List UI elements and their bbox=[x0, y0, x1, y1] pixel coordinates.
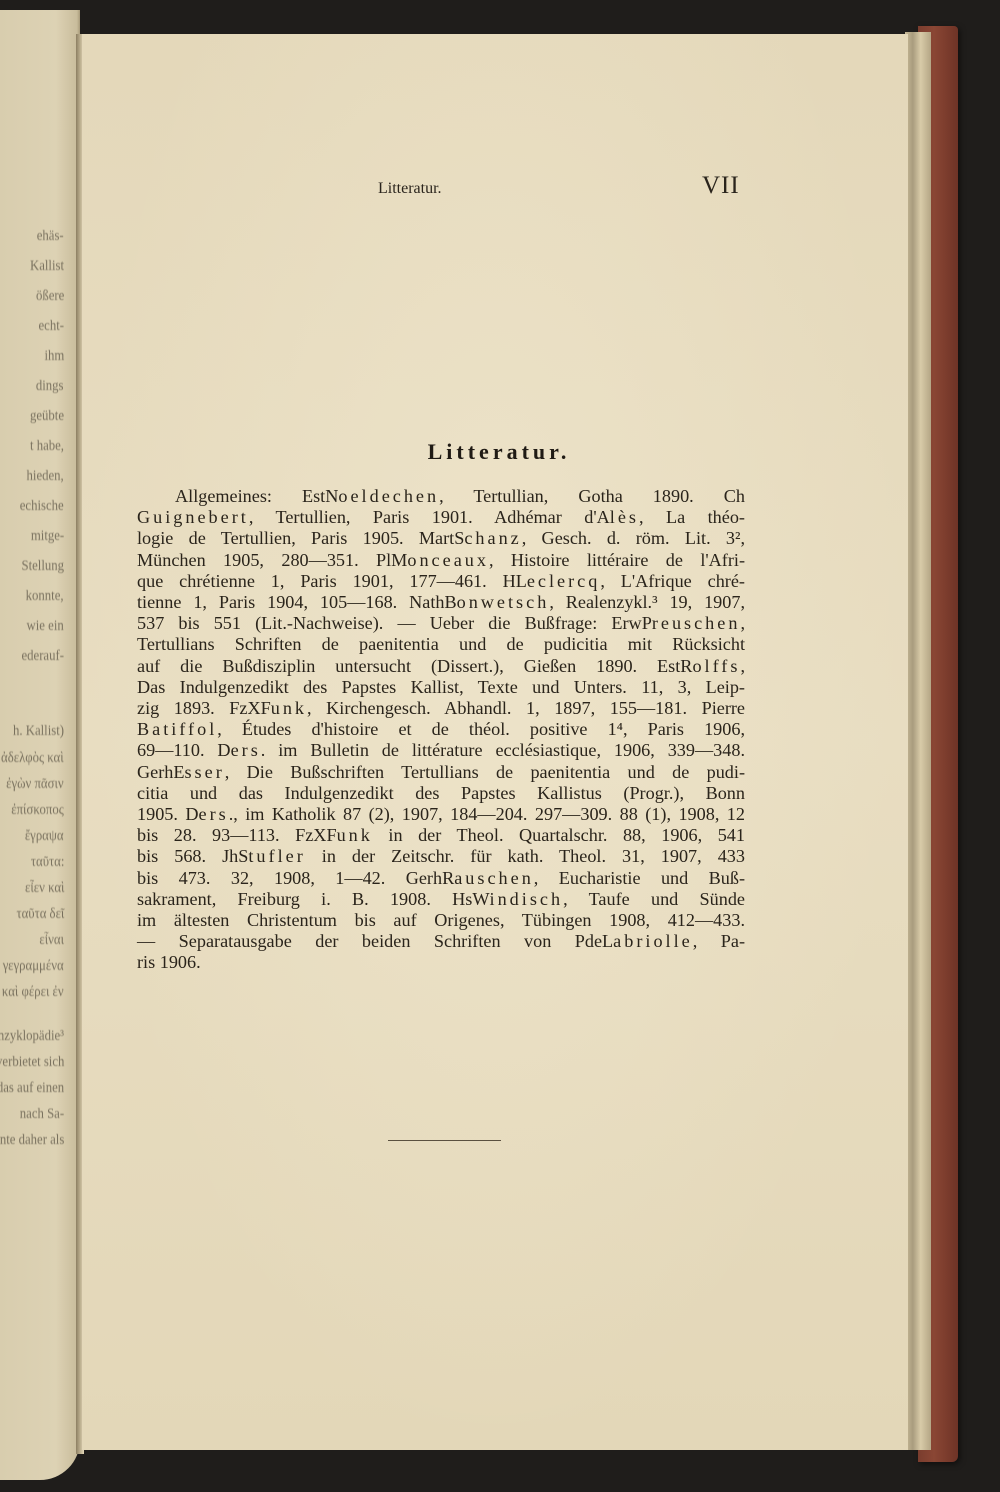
text-line: zig 1893. FzXFunk, Kirchengesch. Abhandl… bbox=[137, 698, 745, 719]
left-page-text-fragment: h. Kallist) bbox=[13, 723, 64, 740]
text-line: 537 bis 551 (Lit.-Nachweise). — Ueber di… bbox=[137, 613, 745, 634]
text-segment: Das Indulgenzedikt des Papstes Kallist, … bbox=[137, 677, 745, 697]
text-line: Tertullians Schriften de paenitentia und… bbox=[137, 634, 745, 655]
text-line: auf die Bußdisziplin untersucht (Dissert… bbox=[137, 656, 745, 677]
text-segment: 537 bis 551 (Lit.-Nachweise). — Ueber di… bbox=[137, 613, 652, 633]
section-separator-rule bbox=[388, 1140, 501, 1141]
left-page-text-fragment: echische bbox=[20, 498, 64, 515]
text-segment: in der Zeitschr. für kath. Theol. 31, 19… bbox=[306, 846, 745, 866]
author-name-spaced: onceaux bbox=[407, 550, 489, 570]
page-stack-edge bbox=[905, 32, 931, 1450]
text-line: Batiffol, Études d'histoire et de théol.… bbox=[137, 719, 745, 740]
text-segment: Allgemeines: EstN bbox=[175, 486, 338, 506]
text-line: 69—110. Ders. im Bulletin de littérature… bbox=[137, 740, 745, 761]
bibliography-paragraph: Allgemeines: EstNoeldechen, Tertullian, … bbox=[137, 486, 745, 974]
text-segment: , bbox=[740, 613, 745, 633]
text-segment: , Taufe und Sünde bbox=[563, 889, 745, 909]
text-line: Allgemeines: EstNoeldechen, Tertullian, … bbox=[137, 486, 745, 507]
left-page-text-fragment: hieden, bbox=[27, 468, 64, 485]
author-name-spaced: tufler bbox=[248, 846, 305, 866]
left-page-text-fragment: ταῦτα: bbox=[31, 854, 64, 871]
left-page-text-fragment: Stellung bbox=[21, 558, 64, 575]
text-segment: , Histoire littéraire de l'Afri- bbox=[489, 550, 745, 570]
author-name-spaced: chanz bbox=[464, 528, 521, 548]
text-line: GerhEsser, Die Bußschriften Tertullians … bbox=[137, 762, 745, 783]
left-page-text-fragment: ἐπίσκοπος bbox=[12, 802, 64, 819]
left-page-text-fragment: γεγραμμένα bbox=[3, 958, 64, 975]
author-name-spaced: oeldechen bbox=[338, 486, 439, 506]
left-page-text-fragment: geübte bbox=[30, 408, 64, 425]
left-page-text-fragment: ἀδελφὸς καὶ bbox=[1, 750, 64, 767]
text-line: im ältesten Christentum bis auf Origenes… bbox=[137, 910, 745, 931]
text-line: tienne 1, Paris 1904, 105—168. NathBonwe… bbox=[137, 592, 745, 613]
text-segment: im ältesten Christentum bis auf Origenes… bbox=[137, 910, 745, 930]
text-segment: citia und das Indulgenzedikt des Papstes… bbox=[137, 783, 745, 803]
left-facing-page: ehäs-Kallistößereecht-ihmdingsgeübtet ha… bbox=[0, 10, 80, 1480]
text-line: que chrétienne 1, Paris 1901, 177—461. H… bbox=[137, 571, 745, 592]
text-line: bis 568. JhStufler in der Zeitschr. für … bbox=[137, 846, 745, 867]
text-segment: 69—110. D bbox=[137, 740, 231, 760]
author-name-spaced: auschen bbox=[454, 868, 534, 888]
page-number: VII bbox=[702, 172, 740, 200]
left-page-text-fragment: ihm bbox=[44, 348, 64, 365]
left-page-text-fragment: ößere bbox=[36, 288, 64, 305]
text-line: bis 28. 93—113. FzXFunk in der Theol. Qu… bbox=[137, 825, 745, 846]
left-page-text-fragment: echt- bbox=[39, 318, 64, 335]
left-page-text-fragment: konnte, bbox=[26, 588, 64, 605]
left-page-text-fragment: nnte daher als bbox=[0, 1132, 64, 1149]
text-line: ris 1906. bbox=[137, 952, 745, 973]
left-page-text-fragment: nach Sa- bbox=[20, 1106, 64, 1123]
author-name-spaced: sser bbox=[184, 762, 224, 782]
left-page-text-fragment: ταῦτα δεῖ bbox=[16, 906, 64, 923]
left-page-text-fragment: Enzyklopädie³ bbox=[0, 1028, 64, 1045]
text-segment: bis 568. JhS bbox=[137, 846, 248, 866]
left-page-text-fragment: dings bbox=[36, 378, 64, 395]
author-name-spaced: reuschen bbox=[652, 613, 741, 633]
text-segment: , L'Afrique chré- bbox=[600, 571, 745, 591]
text-segment: , Gesch. d. röm. Lit. 3², bbox=[522, 528, 745, 548]
text-line: 1905. Ders., im Katholik 87 (2), 1907, 1… bbox=[137, 804, 745, 825]
left-page-text-fragment: verbietet sich bbox=[0, 1054, 64, 1071]
author-name-spaced: olffs bbox=[692, 656, 740, 676]
text-line: bis 473. 32, 1908, 1—42. GerhRauschen, E… bbox=[137, 868, 745, 889]
text-line: Guignebert, Tertullien, Paris 1901. Adhé… bbox=[137, 507, 745, 528]
running-head-title: Litteratur. bbox=[378, 180, 442, 198]
author-name-spaced: onwetsch bbox=[457, 592, 550, 612]
left-page-text-fragment: wie ein bbox=[27, 618, 64, 635]
left-page-text-fragment: ἐγὼν πᾶσιν bbox=[6, 776, 64, 793]
left-page-text-fragment: t habe, bbox=[30, 438, 64, 455]
author-name-spaced: indisch bbox=[490, 889, 564, 909]
section-title: Litteratur. bbox=[82, 439, 912, 465]
left-page-text-fragment: das auf einen bbox=[0, 1080, 64, 1097]
text-line: sakrament, Freiburg i. B. 1908. HsWindis… bbox=[137, 889, 745, 910]
text-line: Das Indulgenzedikt des Papstes Kallist, … bbox=[137, 677, 745, 698]
text-segment: München 1905, 280—351. PlM bbox=[137, 550, 407, 570]
text-segment: ., im Katholik 87 (2), 1907, 184—204. 29… bbox=[229, 804, 745, 824]
left-page-text-fragment: ederauf- bbox=[22, 648, 64, 665]
text-segment: , bbox=[740, 656, 745, 676]
text-segment: , Tertullien, Paris 1901. Adhémar d'A bbox=[249, 507, 610, 527]
left-page-text-fragment: mitge- bbox=[31, 528, 64, 545]
author-name-spaced: abriolle bbox=[613, 931, 693, 951]
left-page-text-fragment: Kallist bbox=[30, 258, 64, 275]
text-segment: , Kirchengesch. Abhandl. 1, 1897, 155—18… bbox=[307, 698, 745, 718]
text-segment: 1905. D bbox=[137, 804, 199, 824]
author-name-spaced: Guignebert bbox=[137, 507, 249, 527]
author-name-spaced: Batiffol bbox=[137, 719, 217, 739]
author-name-spaced: ers bbox=[231, 740, 261, 760]
text-segment: in der Theol. Quartalschr. 88, 1906, 541 bbox=[373, 825, 745, 845]
text-line: citia und das Indulgenzedikt des Papstes… bbox=[137, 783, 745, 804]
author-name-spaced: eclercq bbox=[527, 571, 601, 591]
left-page-text-fragment: ehäs- bbox=[37, 228, 64, 245]
text-segment: , Tertullian, Gotha 1890. Ch bbox=[439, 486, 745, 506]
author-name-spaced: ers bbox=[199, 804, 229, 824]
text-segment: auf die Bußdisziplin untersucht (Dissert… bbox=[137, 656, 692, 676]
text-line: — Separatausgabe der beiden Schriften vo… bbox=[137, 931, 745, 952]
text-segment: sakrament, Freiburg i. B. 1908. HsW bbox=[137, 889, 490, 909]
text-segment: logie de Tertullien, Paris 1905. MartS bbox=[137, 528, 464, 548]
left-page-text-fragment: καὶ φέρει ἐν bbox=[2, 984, 64, 1001]
author-name-spaced: unk bbox=[337, 825, 373, 845]
text-segment: bis 473. 32, 1908, 1—42. GerhR bbox=[137, 868, 454, 888]
author-name-spaced: unk bbox=[271, 698, 307, 718]
text-segment: GerhE bbox=[137, 762, 184, 782]
text-segment: bis 28. 93—113. FzXF bbox=[137, 825, 337, 845]
author-name-spaced: lès bbox=[610, 507, 639, 527]
text-segment: , Realenzykl.³ 19, 1907, bbox=[549, 592, 745, 612]
text-segment: Tertullians Schriften de paenitentia und… bbox=[137, 634, 745, 654]
text-line: München 1905, 280—351. PlMonceaux, Histo… bbox=[137, 550, 745, 571]
text-segment: zig 1893. FzXF bbox=[137, 698, 271, 718]
left-page-text-fragment: εἶναι bbox=[39, 932, 64, 949]
left-page-text-fragment: εἶεν καὶ bbox=[24, 880, 64, 897]
text-segment: ris 1906. bbox=[137, 952, 201, 972]
text-line: logie de Tertullien, Paris 1905. MartSch… bbox=[137, 528, 745, 549]
text-segment: — Separatausgabe der beiden Schriften vo… bbox=[137, 931, 613, 951]
text-segment: , Études d'histoire et de théol. positiv… bbox=[217, 719, 745, 739]
text-segment: , Die Bußschriften Tertullians de paenit… bbox=[225, 762, 745, 782]
document-page: Litteratur. VII Litteratur. Allgemeines:… bbox=[82, 34, 908, 1450]
text-segment: tienne 1, Paris 1904, 105—168. NathB bbox=[137, 592, 457, 612]
text-segment: , Pa- bbox=[693, 931, 745, 951]
text-segment: . im Bulletin de littérature ecclésiasti… bbox=[261, 740, 745, 760]
text-segment: que chrétienne 1, Paris 1901, 177—461. H… bbox=[137, 571, 527, 591]
text-segment: , La théo- bbox=[639, 507, 745, 527]
text-segment: , Eucharistie und Buß- bbox=[534, 868, 745, 888]
left-page-text-fragment: ἔγραψα bbox=[25, 828, 64, 845]
